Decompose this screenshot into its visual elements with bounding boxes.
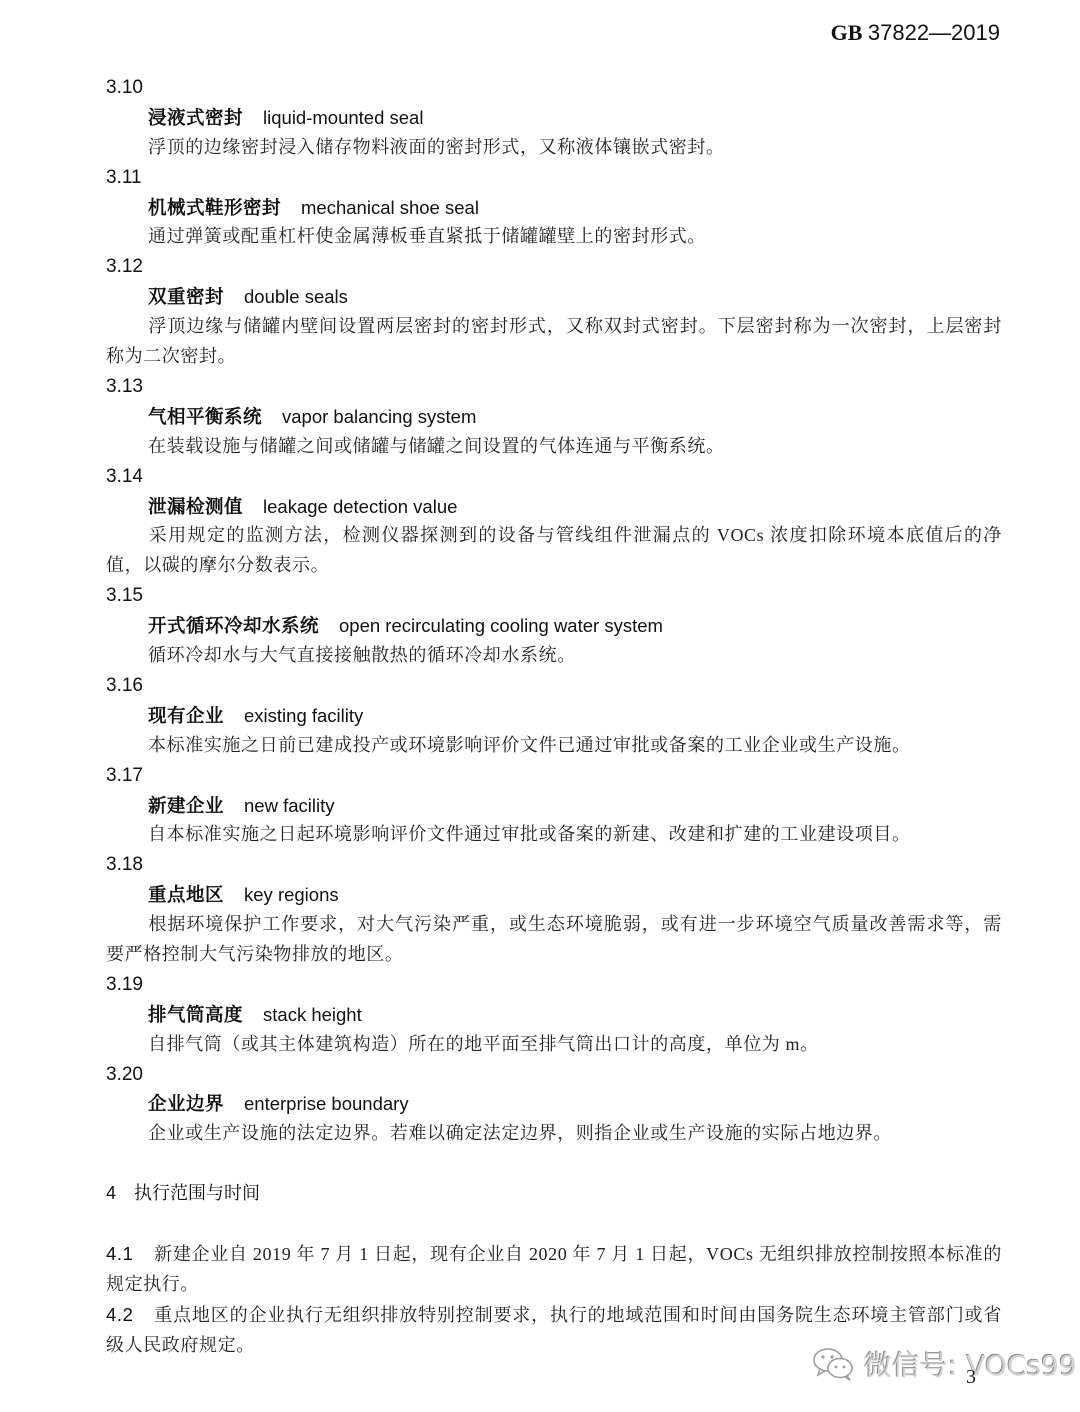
clause-number: 3.14 [106, 462, 1002, 492]
term-english: double seals [244, 286, 348, 307]
term-definition: 本标准实施之日前已建成投产或环境影响评价文件已通过审批或备案的工业企业或生产设施… [106, 731, 1002, 761]
clause-number: 3.17 [106, 761, 1002, 791]
document-body: 3.10 浸液式密封liquid-mounted seal 浮顶的边缘密封浸入储… [106, 73, 1002, 1361]
term-chinese: 双重密封 [148, 287, 224, 308]
term-heading: 现有企业existing facility [106, 701, 1002, 731]
term-clause: 3.17 新建企业new facility 自本标准实施之日起环境影响评价文件通… [106, 761, 1002, 851]
term-heading: 浸液式密封liquid-mounted seal [106, 103, 1002, 133]
section-number: 4 [106, 1179, 134, 1209]
term-definition: 自排气筒（或其主体建筑构造）所在的地平面至排气筒出口计的高度，单位为 m。 [106, 1030, 1002, 1060]
term-heading: 企业边界enterprise boundary [106, 1089, 1002, 1119]
term-clause: 3.18 重点地区key regions 根据环境保护工作要求，对大气污染严重，… [106, 850, 1002, 970]
term-heading: 双重密封double seals [106, 282, 1002, 312]
term-heading: 新建企业new facility [106, 791, 1002, 821]
section-heading: 4执行范围与时间 [106, 1179, 1002, 1209]
section-spacer [106, 1149, 1002, 1179]
term-chinese: 开式循环冷却水系统 [148, 616, 319, 637]
term-definition: 自本标准实施之日起环境影响评价文件通过审批或备案的新建、改建和扩建的工业建设项目… [106, 820, 1002, 850]
term-english: stack height [263, 1004, 362, 1025]
term-chinese: 气相平衡系统 [148, 407, 262, 428]
term-definition: 浮顶的边缘密封浸入储存物料液面的密封形式，又称液体镶嵌式密封。 [106, 133, 1002, 163]
term-definition: 循环冷却水与大气直接接触散热的循环冷却水系统。 [106, 641, 1002, 671]
term-definition: 根据环境保护工作要求，对大气污染严重，或生态环境脆弱，或有进一步环境空气质量改善… [106, 910, 1002, 970]
term-heading: 排气筒高度stack height [106, 1000, 1002, 1030]
term-clause: 3.12 双重密封double seals 浮顶边缘与储罐内壁间设置两层密封的密… [106, 252, 1002, 372]
term-english: open recirculating cooling water system [339, 615, 663, 636]
standard-code-header: GB 37822—2019 [831, 18, 1000, 48]
term-heading: 泄漏检测值leakage detection value [106, 492, 1002, 522]
term-chinese: 泄漏检测值 [148, 497, 243, 518]
term-clause: 3.16 现有企业existing facility 本标准实施之日前已建成投产… [106, 671, 1002, 761]
wechat-icon [812, 1346, 856, 1382]
term-english: liquid-mounted seal [263, 107, 423, 128]
term-english: vapor balancing system [282, 406, 476, 427]
term-chinese: 现有企业 [148, 706, 224, 727]
term-heading: 气相平衡系统vapor balancing system [106, 402, 1002, 432]
clause-number: 3.10 [106, 73, 1002, 103]
term-clause: 3.13 气相平衡系统vapor balancing system 在装载设施与… [106, 372, 1002, 462]
term-chinese: 新建企业 [148, 796, 224, 817]
term-clause: 3.14 泄漏检测值leakage detection value 采用规定的监… [106, 462, 1002, 582]
term-english: enterprise boundary [244, 1093, 409, 1114]
term-heading: 开式循环冷却水系统open recirculating cooling wate… [106, 611, 1002, 641]
term-clause: 3.19 排气筒高度stack height 自排气筒（或其主体建筑构造）所在的… [106, 970, 1002, 1060]
clause-number: 3.16 [106, 671, 1002, 701]
term-english: existing facility [244, 705, 363, 726]
term-definition: 浮顶边缘与储罐内壁间设置两层密封的密封形式，又称双封式密封。下层密封称为一次密封… [106, 312, 1002, 372]
term-clause: 3.15 开式循环冷却水系统open recirculating cooling… [106, 581, 1002, 671]
section-title: 执行范围与时间 [134, 1183, 260, 1204]
term-english: new facility [244, 795, 334, 816]
standard-number: 37822—2019 [868, 20, 1000, 45]
clause-number: 3.18 [106, 850, 1002, 880]
term-chinese: 浸液式密封 [148, 108, 243, 129]
term-heading: 机械式鞋形密封mechanical shoe seal [106, 193, 1002, 223]
term-heading: 重点地区key regions [106, 880, 1002, 910]
standard-prefix: GB [831, 20, 863, 45]
clause-text: 新建企业自 2019 年 7 月 1 日起，现有企业自 2020 年 7 月 1… [106, 1244, 1002, 1294]
clause-number: 3.12 [106, 252, 1002, 282]
clause-number: 3.15 [106, 581, 1002, 611]
term-chinese: 企业边界 [148, 1094, 224, 1115]
wechat-watermark: 微信号: VOCs99 [812, 1342, 1077, 1386]
section-spacer [106, 1209, 1002, 1239]
term-english: key regions [244, 884, 339, 905]
term-clause: 3.20 企业边界enterprise boundary 企业或生产设施的法定边… [106, 1060, 1002, 1150]
term-definition: 通过弹簧或配重杠杆使金属薄板垂直紧抵于储罐罐壁上的密封形式。 [106, 222, 1002, 252]
term-clause: 3.10 浸液式密封liquid-mounted seal 浮顶的边缘密封浸入储… [106, 73, 1002, 163]
clause-number: 4.2 [106, 1300, 154, 1330]
clause-number: 3.13 [106, 372, 1002, 402]
clause-number: 3.20 [106, 1060, 1002, 1090]
term-english: leakage detection value [263, 496, 457, 517]
term-clause: 3.11 机械式鞋形密封mechanical shoe seal 通过弹簧或配重… [106, 163, 1002, 253]
term-definition: 在装载设施与储罐之间或储罐与储罐之间设置的气体连通与平衡系统。 [106, 432, 1002, 462]
term-chinese: 排气筒高度 [148, 1005, 243, 1026]
clause-number: 3.19 [106, 970, 1002, 1000]
clause-number: 3.11 [106, 163, 1002, 193]
term-english: mechanical shoe seal [301, 197, 479, 218]
term-chinese: 重点地区 [148, 885, 224, 906]
term-definition: 采用规定的监测方法，检测仪器探测到的设备与管线组件泄漏点的 VOCs 浓度扣除环… [106, 521, 1002, 581]
term-definition: 企业或生产设施的法定边界。若难以确定法定边界，则指企业或生产设施的实际占地边界。 [106, 1119, 1002, 1149]
clause-paragraph: 4.1新建企业自 2019 年 7 月 1 日起，现有企业自 2020 年 7 … [106, 1239, 1002, 1300]
page-number: 3 [966, 1366, 976, 1389]
term-chinese: 机械式鞋形密封 [148, 198, 281, 219]
clause-number: 4.1 [106, 1239, 154, 1269]
